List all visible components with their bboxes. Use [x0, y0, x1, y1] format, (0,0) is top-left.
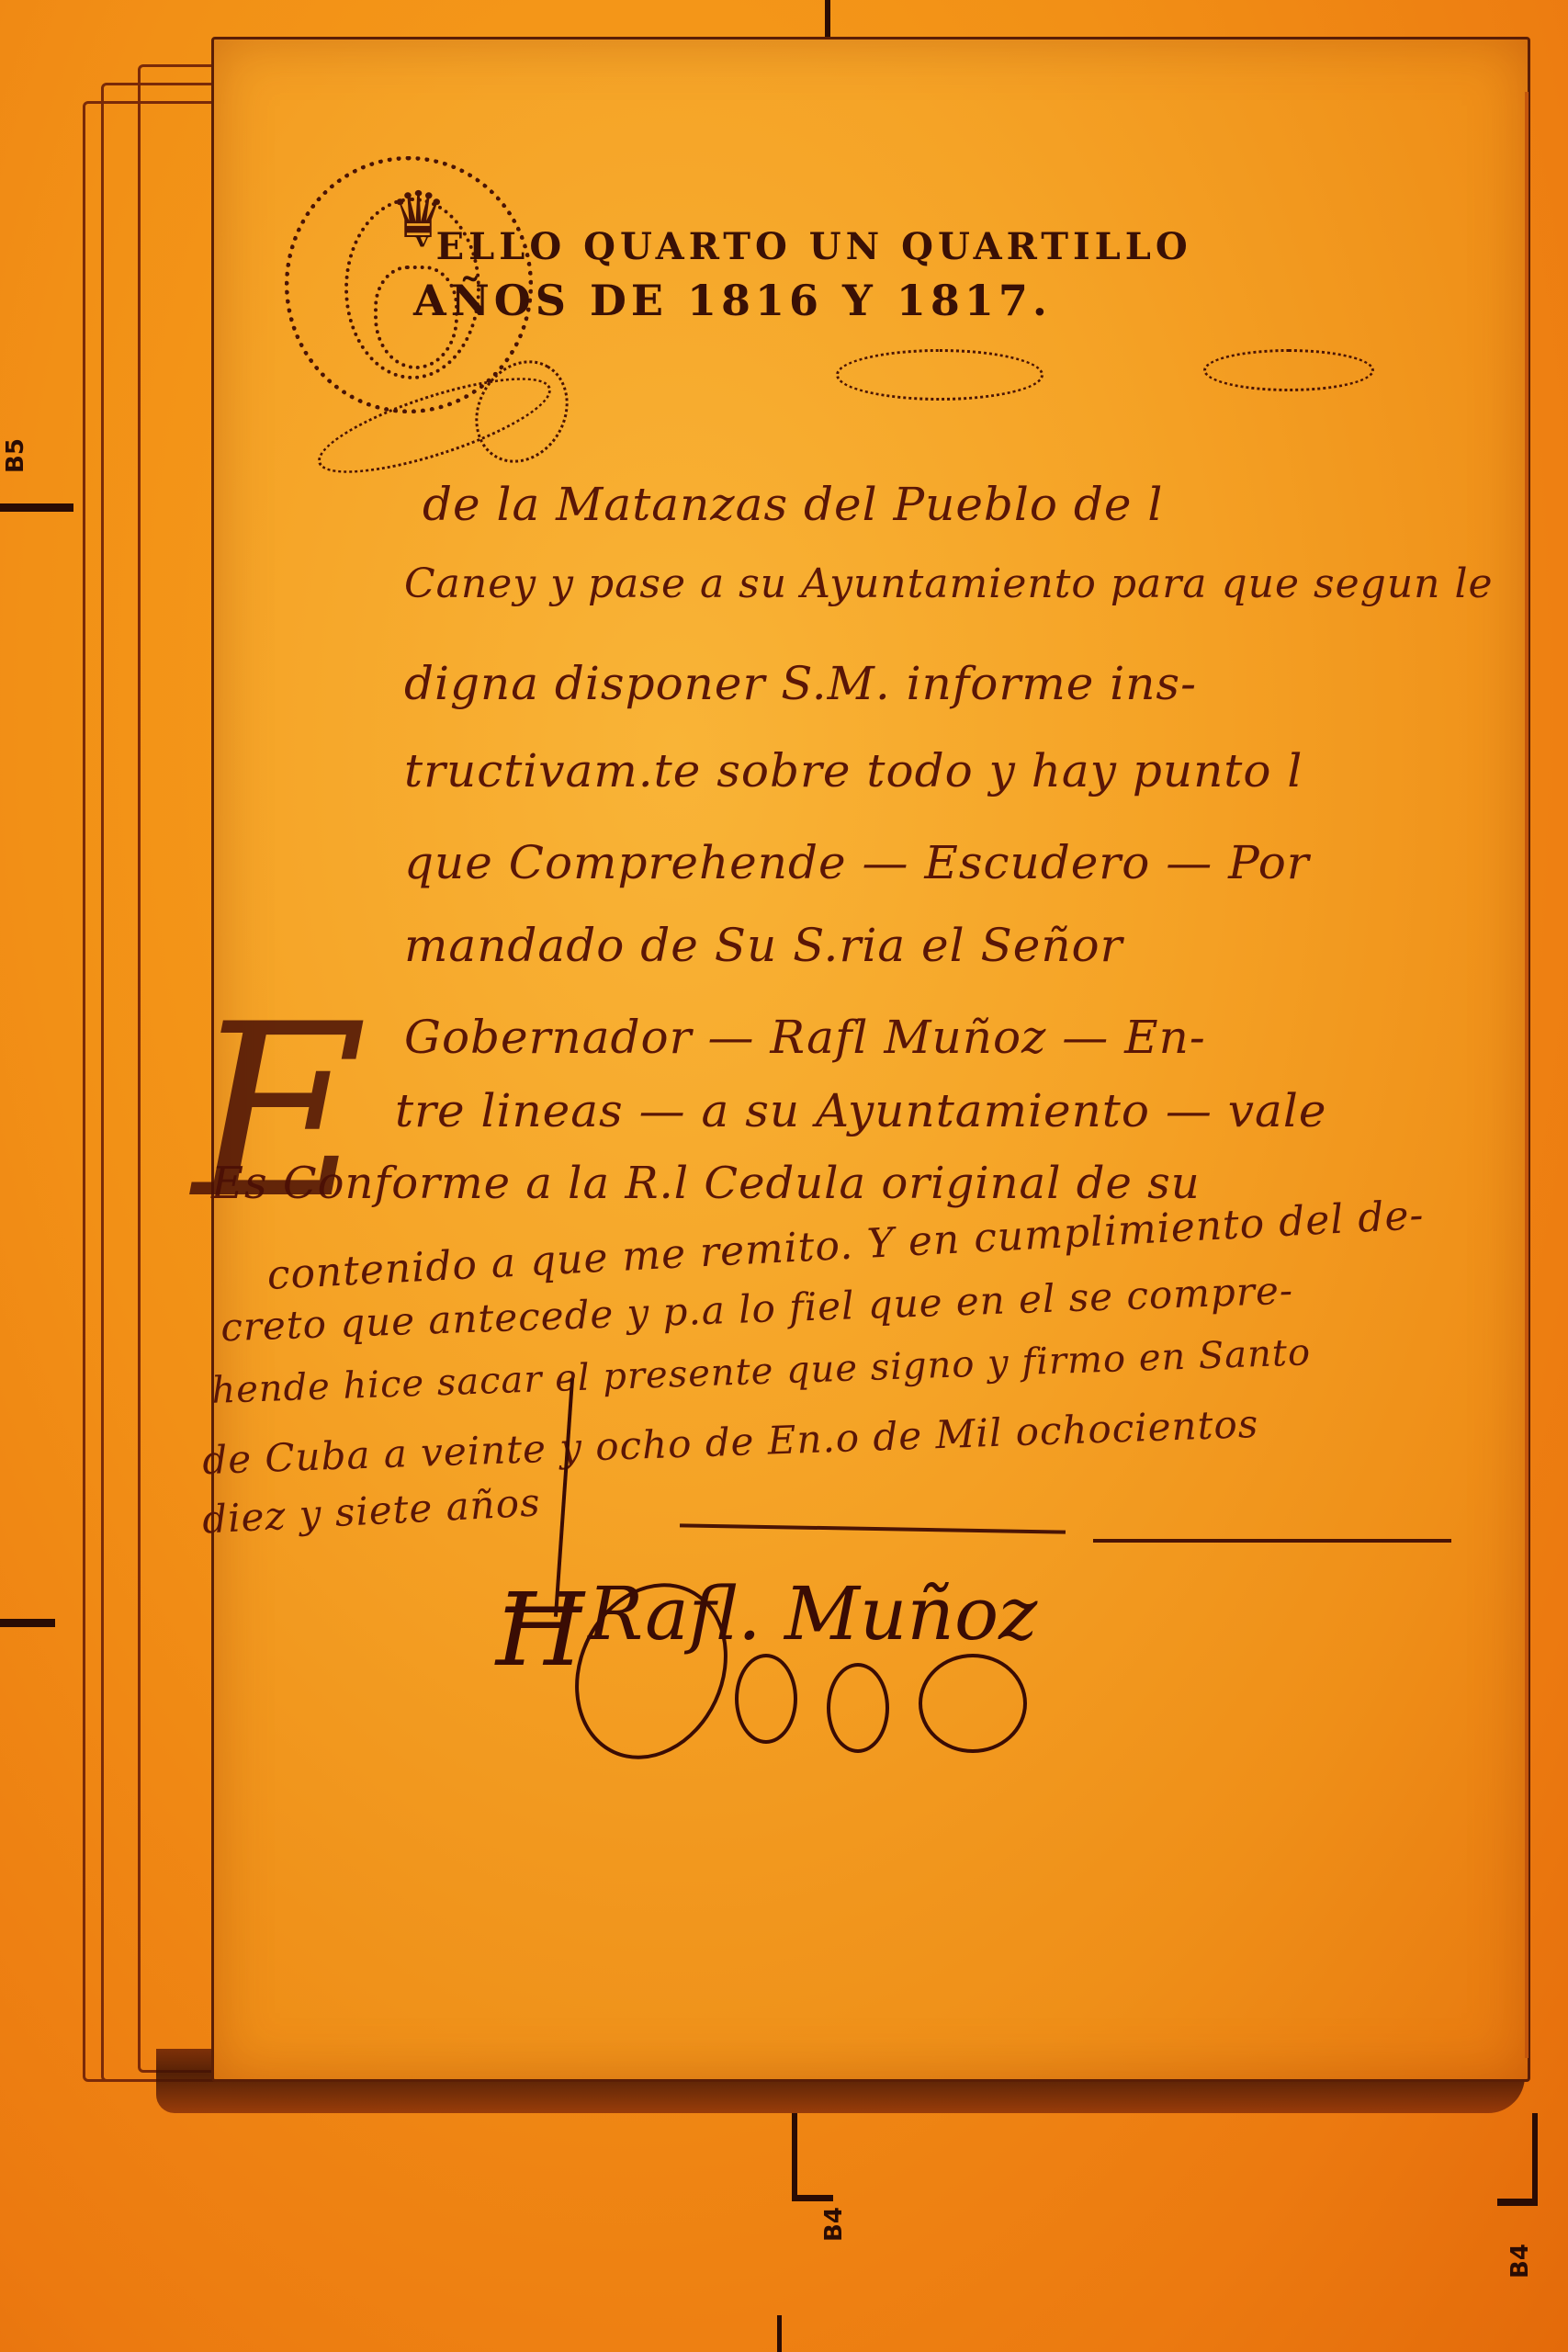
- ruler-label-b5: B5: [2, 438, 29, 473]
- ruler-tick-bottom-left: [777, 2315, 782, 2352]
- ruler-bracket-bottom-right-v: [1532, 2113, 1538, 2205]
- handwriting-line-1: de la Matanzas del Pueblo de l: [423, 478, 1163, 531]
- ruler-bracket-bottom-center-v: [792, 2113, 797, 2200]
- ruler-tick-left-top: [0, 503, 73, 512]
- closing-rule-2: [1093, 1539, 1451, 1543]
- signature-flourish-loop-2: [735, 1654, 797, 1744]
- stamp-flourish-center: [836, 349, 1043, 401]
- ruler-label-b4-center: B4: [820, 2207, 848, 2242]
- handwriting-line-7: Gobernador — Rafl Muñoz — En-: [404, 1011, 1206, 1064]
- handwriting-line-3: digna disponer S.M. informe ins-: [404, 657, 1197, 710]
- ruler-bracket-bottom-center-h: [792, 2195, 833, 2201]
- handwriting-line-4: tructivam.te sobre todo y hay punto l: [404, 744, 1303, 797]
- ruler-bracket-bottom-right-h: [1497, 2199, 1538, 2206]
- stamp-line-2: AÑOS DE 1816 Y 1817.: [413, 276, 1052, 325]
- handwriting-line-2: Caney y pase a su Ayuntamiento para que …: [404, 560, 1494, 607]
- handwriting-line-6: mandado de Su S.ria el Señor: [404, 919, 1123, 972]
- signature-flourish-loop-3: [827, 1663, 889, 1753]
- ruler-tick-left-bottom: [0, 1619, 55, 1627]
- decorative-initial-e: E: [193, 974, 368, 1251]
- signature-flourish-loop-4: [919, 1654, 1027, 1753]
- handwriting-line-8: tre lineas — a su Ayuntamiento — vale: [395, 1084, 1326, 1137]
- stamp-flourish-right: [1203, 349, 1374, 391]
- ruler-label-b4-right: B4: [1506, 2244, 1534, 2278]
- notary-rubric-mark: Ħ: [496, 1571, 585, 1689]
- handwriting-line-5: que Comprehende — Escudero — Por: [404, 836, 1310, 889]
- page-right-fold: [1525, 92, 1529, 2058]
- stamp-line-1: ᵛELLO QUARTO UN QUARTILLO: [413, 225, 1192, 268]
